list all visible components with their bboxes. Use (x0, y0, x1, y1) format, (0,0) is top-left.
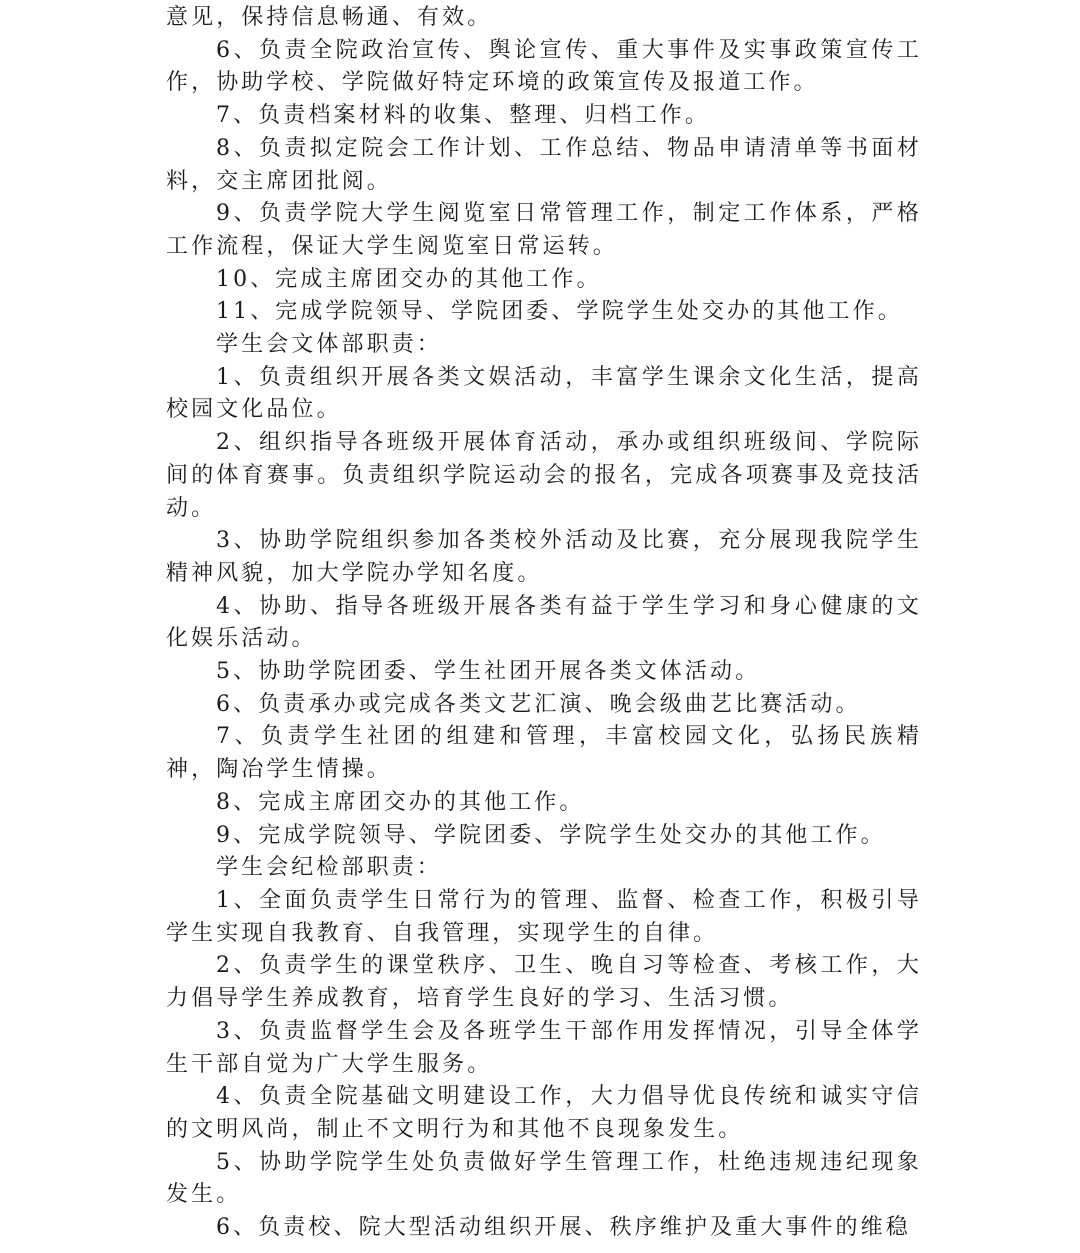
list-item: 10、完成主席团交办的其他工作。 (166, 264, 922, 297)
list-item: 3、负责监督学生会及各班学生干部作用发挥情况，引导全体学生干部自觉为广大学生服务… (166, 1016, 922, 1081)
list-item: 11、完成学院领导、学院团委、学院学生处交办的其他工作。 (166, 296, 922, 329)
list-item: 8、负责拟定院会工作计划、工作总结、物品申请清单等书面材料，交主席团批阅。 (166, 133, 922, 198)
section-heading-culture-sports: 学生会文体部职责： (166, 329, 922, 362)
list-item: 7、负责学生社团的组建和管理，丰富校园文化，弘扬民族精神，陶冶学生情操。 (166, 721, 922, 786)
list-item: 6、负责全院政治宣传、舆论宣传、重大事件及实事政策宣传工作，协助学校、学院做好特… (166, 35, 922, 100)
document-page: 意见，保持信息畅通、有效。 6、负责全院政治宣传、舆论宣传、重大事件及实事政策宣… (166, 2, 922, 1245)
list-item: 5、协助学院团委、学生社团开展各类文体活动。 (166, 656, 922, 689)
list-item: 1、全面负责学生日常行为的管理、监督、检查工作，积极引导学生实现自我教育、自我管… (166, 885, 922, 950)
list-item: 7、负责档案材料的收集、整理、归档工作。 (166, 100, 922, 133)
list-item: 9、负责学院大学生阅览室日常管理工作，制定工作体系，严格工作流程，保证大学生阅览… (166, 198, 922, 263)
list-item: 3、协助学院组织参加各类校外活动及比赛，充分展现我院学生精神风貌，加大学院办学知… (166, 525, 922, 590)
list-item: 9、完成学院领导、学院团委、学院学生处交办的其他工作。 (166, 820, 922, 853)
list-item: 5、协助学院学生处负责做好学生管理工作，杜绝违规违纪现象发生。 (166, 1147, 922, 1212)
list-item: 6、负责承办或完成各类文艺汇演、晚会级曲艺比赛活动。 (166, 689, 922, 722)
list-item: 1、负责组织开展各类文娱活动，丰富学生课余文化生活，提高校园文化品位。 (166, 362, 922, 427)
list-item: 4、负责全院基础文明建设工作，大力倡导优良传统和诚实守信的文明风尚，制止不文明行… (166, 1081, 922, 1146)
list-item: 8、完成主席团交办的其他工作。 (166, 787, 922, 820)
list-item: 4、协助、指导各班级开展各类有益于学生学习和身心健康的文化娱乐活动。 (166, 591, 922, 656)
list-item: 2、负责学生的课堂秩序、卫生、晚自习等检查、考核工作，大力倡导学生养成教育，培育… (166, 950, 922, 1015)
list-item: 6、负责校、院大型活动组织开展、秩序维护及重大事件的维稳 (166, 1212, 922, 1245)
section-heading-discipline: 学生会纪检部职责： (166, 852, 922, 885)
paragraph-continuation: 意见，保持信息畅通、有效。 (166, 2, 922, 35)
list-item: 2、组织指导各班级开展体育活动，承办或组织班级间、学院际间的体育赛事。负责组织学… (166, 427, 922, 525)
